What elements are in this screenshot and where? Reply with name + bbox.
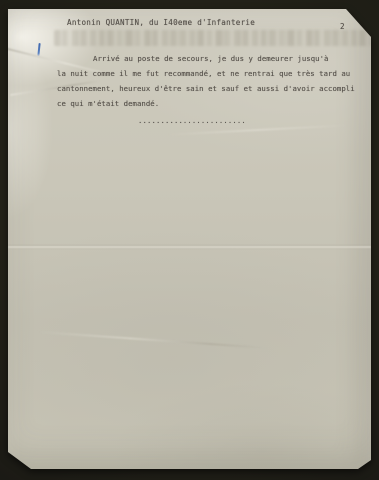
paper-crease [168,124,348,135]
paragraph-line-3: cantonnement, heureux d'être sain et sau… [57,81,355,96]
dotted-separator: ........................ [138,116,246,125]
paragraph-line-1: Arrivé au poste de secours, je dus y dem… [57,51,355,66]
typewritten-paragraph: Arrivé au poste de secours, je dus y dem… [57,51,355,111]
blue-pen-mark [37,43,40,56]
paper-crease [38,331,268,349]
scanned-document: Antonin QUANTIN, du I40eme d'Infanterie … [0,0,379,480]
fold-crease [8,245,371,249]
paper-sheet: Antonin QUANTIN, du I40eme d'Infanterie … [8,9,371,469]
bleed-through-text [54,30,371,46]
paper-sheet-wrapper: Antonin QUANTIN, du I40eme d'Infanterie … [8,9,371,469]
paragraph-line-2: la nuit comme il me fut recommandé, et n… [57,66,355,81]
page-number: 2 [340,22,345,31]
paragraph-line-4: ce qui m'était demandé. [57,96,355,111]
document-header-author-line: Antonin QUANTIN, du I40eme d'Infanterie [67,18,255,27]
